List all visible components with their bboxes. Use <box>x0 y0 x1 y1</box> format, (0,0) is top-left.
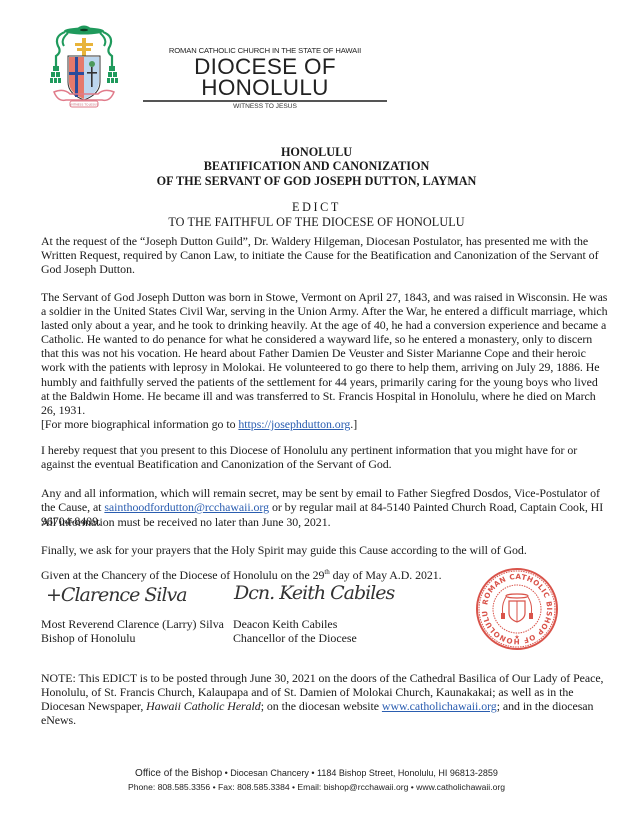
given-prefix: Given at the Chancery of the Diocese of … <box>41 568 324 582</box>
footer-office: Office of the Bishop <box>135 768 222 779</box>
chancellor-signature: Dcn. Keith Cabiles <box>234 582 394 604</box>
paragraph-biography: The Servant of God Joseph Dutton was bor… <box>41 290 609 431</box>
josephdutton-link[interactable]: https://josephdutton.org <box>238 417 350 431</box>
email-link[interactable]: sainthoodfordutton@rcchawaii.org <box>104 500 269 514</box>
bishop-signature: +Clarence Silva <box>46 584 187 606</box>
given-suffix: day of May A.D. 2021. <box>330 568 442 582</box>
biography-text: The Servant of God Joseph Dutton was bor… <box>41 290 607 417</box>
signer-title: Bishop of Honolulu <box>41 631 224 645</box>
edict-title: EDICT <box>0 200 633 215</box>
posting-note: NOTE: This EDICT is to be posted through… <box>41 671 609 727</box>
footer: Office of the Bishop • Diocesan Chancery… <box>0 766 633 794</box>
letterhead-rule <box>143 100 387 102</box>
paragraph-appeal: I hereby request that you present to thi… <box>41 443 609 471</box>
more-info-suffix: .] <box>350 417 357 431</box>
edict-addressee: TO THE FAITHFUL OF THE DIOCESE OF HONOLU… <box>0 215 633 230</box>
heading-line-2: BEATIFICATION AND CANONIZATION <box>0 159 633 173</box>
more-info-prefix: [For more biographical information go to <box>41 417 238 431</box>
website-link[interactable]: www.catholichawaii.org <box>382 699 497 713</box>
signer-name: Deacon Keith Cabiles <box>233 617 357 631</box>
footer-address-line: Office of the Bishop • Diocesan Chancery… <box>0 766 633 781</box>
official-seal-icon: ROMAN CATHOLIC BISHOP OF HONOLULU ★ <box>475 567 559 651</box>
heading-line-1: HONOLULU <box>0 145 633 159</box>
diocese-name: DIOCESE OF HONOLULU <box>140 56 390 98</box>
signer-bishop: Most Reverend Clarence (Larry) Silva Bis… <box>41 617 224 645</box>
motto: WITNESS TO JESUS <box>140 103 390 110</box>
coat-of-arms-icon: WITNESS TO JESUS <box>50 22 118 116</box>
svg-text:★: ★ <box>514 634 519 641</box>
crest-scroll-text: WITNESS TO JESUS <box>70 103 99 107</box>
signer-name: Most Reverend Clarence (Larry) Silva <box>41 617 224 631</box>
paragraph-deadline: All information must be received no late… <box>41 515 609 529</box>
letterhead: ROMAN CATHOLIC CHURCH IN THE STATE OF HA… <box>140 46 390 110</box>
newspaper-name: Hawaii Catholic Herald <box>146 699 261 713</box>
paragraph-prayers: Finally, we ask for your prayers that th… <box>41 543 609 557</box>
signer-title: Chancellor of the Diocese <box>233 631 357 645</box>
note-middle: ; on the diocesan website <box>261 699 382 713</box>
paragraph-request: At the request of the “Joseph Dutton Gui… <box>41 234 609 276</box>
footer-address: • Diocesan Chancery • 1184 Bishop Street… <box>222 768 498 778</box>
signer-chancellor: Deacon Keith Cabiles Chancellor of the D… <box>233 617 357 645</box>
heading-line-3: OF THE SERVANT OF GOD JOSEPH DUTTON, LAY… <box>0 174 633 188</box>
footer-contact-line: Phone: 808.585.3356 • Fax: 808.585.3384 … <box>0 781 633 794</box>
